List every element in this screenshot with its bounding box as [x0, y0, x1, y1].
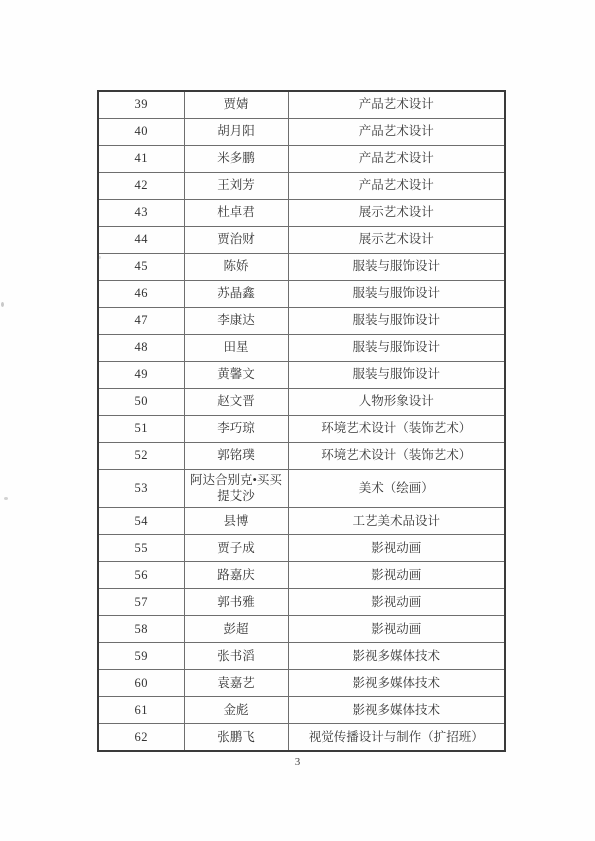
- row-major-cell: 产品艺术设计: [288, 172, 505, 199]
- document-page: 39 贾婧 产品艺术设计 40 胡月阳 产品艺术设计 41 米多鹏 产品艺术设计…: [0, 0, 595, 841]
- row-major-cell: 服装与服饰设计: [288, 361, 505, 388]
- row-major-cell: 影视多媒体技术: [288, 643, 505, 670]
- row-name-cell: 郭书雅: [184, 589, 288, 616]
- row-name-cell: 袁嘉艺: [184, 670, 288, 697]
- row-major-cell: 产品艺术设计: [288, 145, 505, 172]
- row-major-cell: 展示艺术设计: [288, 226, 505, 253]
- row-name-cell: 杜卓君: [184, 199, 288, 226]
- row-number-cell: 44: [98, 226, 184, 253]
- row-name-cell: 彭超: [184, 616, 288, 643]
- row-major-cell: 人物形象设计: [288, 388, 505, 415]
- row-number-cell: 39: [98, 91, 184, 118]
- row-number-cell: 60: [98, 670, 184, 697]
- row-major-cell: 影视动画: [288, 562, 505, 589]
- row-major-cell: 环境艺术设计（装饰艺术）: [288, 415, 505, 442]
- row-number-cell: 62: [98, 724, 184, 751]
- table-row: 50 赵文晋 人物形象设计: [98, 388, 505, 415]
- row-number-cell: 56: [98, 562, 184, 589]
- table-row: 42 王刘芳 产品艺术设计: [98, 172, 505, 199]
- row-number-cell: 47: [98, 307, 184, 334]
- student-roster-table: 39 贾婧 产品艺术设计 40 胡月阳 产品艺术设计 41 米多鹏 产品艺术设计…: [97, 90, 506, 752]
- scan-speckle: [4, 497, 8, 500]
- row-number-cell: 52: [98, 442, 184, 469]
- table-row: 39 贾婧 产品艺术设计: [98, 91, 505, 118]
- row-major-cell: 美术（绘画）: [288, 469, 505, 508]
- row-major-cell: 服装与服饰设计: [288, 280, 505, 307]
- row-name-cell: 郭铭璞: [184, 442, 288, 469]
- table-row: 44 贾治财 展示艺术设计: [98, 226, 505, 253]
- row-major-cell: 产品艺术设计: [288, 91, 505, 118]
- row-number-cell: 55: [98, 535, 184, 562]
- table-row: 46 苏晶鑫 服装与服饰设计: [98, 280, 505, 307]
- table-row: 45 陈娇 服装与服饰设计: [98, 253, 505, 280]
- row-number-cell: 58: [98, 616, 184, 643]
- table-row: 52 郭铭璞 环境艺术设计（装饰艺术）: [98, 442, 505, 469]
- table-row: 60 袁嘉艺 影视多媒体技术: [98, 670, 505, 697]
- row-major-cell: 展示艺术设计: [288, 199, 505, 226]
- table-row: 43 杜卓君 展示艺术设计: [98, 199, 505, 226]
- row-number-cell: 49: [98, 361, 184, 388]
- row-number-cell: 61: [98, 697, 184, 724]
- row-name-cell: 陈娇: [184, 253, 288, 280]
- row-major-cell: 工艺美术品设计: [288, 508, 505, 535]
- row-name-cell: 贾婧: [184, 91, 288, 118]
- row-number-cell: 53: [98, 469, 184, 508]
- row-name-cell: 张书滔: [184, 643, 288, 670]
- row-number-cell: 41: [98, 145, 184, 172]
- row-name-cell: 贾治财: [184, 226, 288, 253]
- row-major-cell: 影视动画: [288, 616, 505, 643]
- row-name-cell: 路嘉庆: [184, 562, 288, 589]
- row-number-cell: 42: [98, 172, 184, 199]
- row-name-cell: 贾子成: [184, 535, 288, 562]
- row-major-cell: 服装与服饰设计: [288, 253, 505, 280]
- row-name-cell: 金彪: [184, 697, 288, 724]
- row-major-cell: 服装与服饰设计: [288, 334, 505, 361]
- row-number-cell: 54: [98, 508, 184, 535]
- table-row: 59 张书滔 影视多媒体技术: [98, 643, 505, 670]
- table-row: 58 彭超 影视动画: [98, 616, 505, 643]
- row-number-cell: 45: [98, 253, 184, 280]
- row-name-cell: 张鹏飞: [184, 724, 288, 751]
- row-number-cell: 51: [98, 415, 184, 442]
- row-number-cell: 48: [98, 334, 184, 361]
- row-name-cell: 阿达合别克•买买提艾沙: [184, 469, 288, 508]
- table-row: 53 阿达合别克•买买提艾沙 美术（绘画）: [98, 469, 505, 508]
- table-row: 48 田星 服装与服饰设计: [98, 334, 505, 361]
- row-major-cell: 视觉传播设计与制作（扩招班）: [288, 724, 505, 751]
- table-row: 61 金彪 影视多媒体技术: [98, 697, 505, 724]
- row-number-cell: 43: [98, 199, 184, 226]
- row-major-cell: 影视动画: [288, 589, 505, 616]
- table-row: 47 李康达 服装与服饰设计: [98, 307, 505, 334]
- table-row: 62 张鹏飞 视觉传播设计与制作（扩招班）: [98, 724, 505, 751]
- row-name-cell: 县博: [184, 508, 288, 535]
- row-number-cell: 40: [98, 118, 184, 145]
- row-number-cell: 57: [98, 589, 184, 616]
- scan-speckle: [1, 302, 4, 307]
- row-major-cell: 影视多媒体技术: [288, 670, 505, 697]
- table-row: 49 黄馨文 服装与服饰设计: [98, 361, 505, 388]
- row-number-cell: 46: [98, 280, 184, 307]
- row-name-cell: 米多鹏: [184, 145, 288, 172]
- row-number-cell: 50: [98, 388, 184, 415]
- row-name-cell: 李巧琼: [184, 415, 288, 442]
- page-number: 3: [0, 756, 595, 768]
- row-name-cell: 苏晶鑫: [184, 280, 288, 307]
- row-name-cell: 李康达: [184, 307, 288, 334]
- student-table-body: 39 贾婧 产品艺术设计 40 胡月阳 产品艺术设计 41 米多鹏 产品艺术设计…: [98, 91, 505, 751]
- row-name-cell: 王刘芳: [184, 172, 288, 199]
- row-major-cell: 环境艺术设计（装饰艺术）: [288, 442, 505, 469]
- row-major-cell: 服装与服饰设计: [288, 307, 505, 334]
- row-number-cell: 59: [98, 643, 184, 670]
- row-major-cell: 影视多媒体技术: [288, 697, 505, 724]
- table-row: 40 胡月阳 产品艺术设计: [98, 118, 505, 145]
- row-major-cell: 影视动画: [288, 535, 505, 562]
- table-row: 56 路嘉庆 影视动画: [98, 562, 505, 589]
- table-row: 41 米多鹏 产品艺术设计: [98, 145, 505, 172]
- row-name-cell: 胡月阳: [184, 118, 288, 145]
- table-row: 57 郭书雅 影视动画: [98, 589, 505, 616]
- row-major-cell: 产品艺术设计: [288, 118, 505, 145]
- table-row: 55 贾子成 影视动画: [98, 535, 505, 562]
- table-row: 54 县博 工艺美术品设计: [98, 508, 505, 535]
- table-row: 51 李巧琼 环境艺术设计（装饰艺术）: [98, 415, 505, 442]
- row-name-cell: 田星: [184, 334, 288, 361]
- row-name-cell: 黄馨文: [184, 361, 288, 388]
- row-name-cell: 赵文晋: [184, 388, 288, 415]
